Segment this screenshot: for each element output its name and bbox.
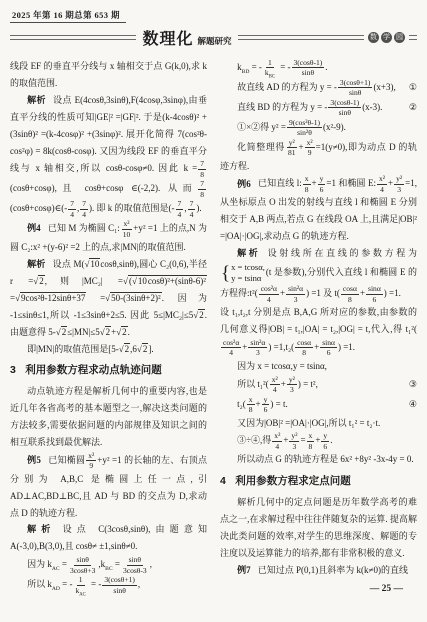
fraction: 3(cosθ+1)sinθ bbox=[338, 78, 373, 98]
sqrt: √9cos²θ-12sinθ+37 bbox=[15, 292, 86, 303]
fraction: 74 bbox=[68, 199, 76, 219]
header-rule-row: 数理化 解题研究 数学园 bbox=[10, 26, 417, 49]
paragraph: 化简整理得y²81+x²9=1(y≠0),即为动点 D 的轨迹方程. bbox=[220, 138, 417, 175]
sqrt: √2 bbox=[33, 275, 44, 286]
sqrt: √(√10cosθ)²+(sinθ-6)² bbox=[123, 275, 207, 286]
header-rule-left bbox=[10, 35, 136, 40]
header-rule-tail bbox=[409, 35, 417, 40]
paragraph: 例6已知直线 l:x8+y6=1 和椭圆 E:x²4+y²3=1,从坐标原点 O… bbox=[220, 174, 417, 245]
fraction: sin²α3 bbox=[286, 284, 305, 304]
fraction: cosα8 bbox=[295, 338, 313, 358]
journal-page: 2025 年第 16 期总第 653 期 数理化 解题研究 数学园 线段 EF … bbox=[0, 0, 427, 622]
fraction: y²3 bbox=[289, 431, 299, 451]
paragraph: 例7已知过点 P(0,1)且斜率为 k(k≠0)的直线 bbox=[220, 562, 417, 579]
fraction: 78 bbox=[198, 179, 206, 199]
header-rule-right bbox=[238, 35, 364, 40]
fraction: 1kBC bbox=[263, 58, 277, 78]
fraction: y6 bbox=[318, 174, 326, 194]
page-number: — 25 — bbox=[220, 581, 417, 599]
paragraph: 例4已知 M 为椭圆 C₁:x²10+y² =1 上的点,N 为圆 C₂:x² … bbox=[10, 219, 207, 256]
journal-subtitle: 解题研究 bbox=[198, 35, 232, 47]
sqrt: √2 bbox=[116, 326, 127, 337]
fraction: sin²α3 bbox=[248, 338, 267, 358]
paragraph: 又因为|OB|² =|OA|·|OG|,所以 t₁² = t₂·t. bbox=[220, 415, 417, 432]
fraction: y²3 bbox=[287, 375, 297, 395]
paragraph: 所以动点 G 的轨迹方程是 6x² +8y² -3x-4y = 0. bbox=[220, 451, 417, 468]
paragraph: 解析设点 E(4cosθ,3sinθ),F(4cosφ,3sinφ),由垂直平分… bbox=[10, 92, 207, 219]
math-line: 所以 kAD = -1kAC = -3(cosθ+1)sinθ, bbox=[10, 575, 207, 595]
fraction: x²10 bbox=[121, 219, 133, 239]
paragraph: 设 t₁,t₂,t 分别是点 B,A,G 所对应的参数,由参数的几何意义得|OB… bbox=[220, 304, 417, 358]
sqrt: √50-(3sinθ+2)² bbox=[105, 292, 162, 303]
math-line: kBD = -1kBC = -3(cosθ-1)sinθ. bbox=[220, 58, 417, 78]
journal-title-block: 数理化 解题研究 bbox=[140, 26, 233, 49]
section-badge: 学 bbox=[381, 32, 392, 43]
equation-number: ② bbox=[409, 99, 417, 116]
fraction: sinθ3cosθ-3 bbox=[121, 555, 149, 575]
section-heading: 3利用参数方程求动点轨迹问题 bbox=[10, 363, 207, 379]
section-badge: 数 bbox=[368, 32, 379, 43]
fraction: 1kAC bbox=[74, 575, 88, 595]
sqrt: √10 bbox=[132, 275, 148, 286]
paragraph-label: 解析 bbox=[27, 95, 46, 105]
equation-number: ④ bbox=[409, 396, 417, 413]
numbered-equation: 直线 BD 的方程为 y = -3(cosθ-1)sinθ(x-3).② bbox=[220, 98, 417, 118]
fraction: sinα6 bbox=[320, 338, 337, 358]
fraction: y6 bbox=[321, 431, 329, 451]
fraction: x²9 bbox=[305, 138, 315, 158]
paragraph: 动点轨迹方程是解析几何中的重要内容,也是近几年各省高考的基本题型之一,解决这类问… bbox=[10, 383, 207, 451]
sqrt: √2 bbox=[137, 343, 148, 354]
left-column: 线段 EF 的垂直平分线与 x 轴相交于点 G(k,0),求 k 的取值范围.解… bbox=[10, 58, 207, 598]
sqrt: √2 bbox=[119, 343, 130, 354]
paragraph: 解析设点 M(√10cosθ,sinθ),圆心 C₂(0,6),半径 r =√2… bbox=[10, 256, 207, 341]
fraction: x²4 bbox=[377, 174, 387, 194]
article-body: 线段 EF 的垂直平分线与 x 轴相交于点 G(k,0),求 k 的取值范围.解… bbox=[10, 58, 417, 598]
paragraph: 解析设射线所在直线的参数方程为{x = tcosα,y = tsinα(t 是参… bbox=[220, 245, 417, 304]
fraction: y6 bbox=[262, 395, 270, 415]
numbered-equation: 故直线 AD 的方程为 y = -3(cosθ+1)sinθ(x+3),① bbox=[220, 78, 417, 98]
paragraph: 线段 EF 的垂直平分线与 x 轴相交于点 G(k,0),求 k 的取值范围. bbox=[10, 58, 207, 92]
fraction: x8 bbox=[307, 431, 315, 451]
issue-info: 2025 年第 16 期总第 653 期 bbox=[10, 10, 126, 23]
paragraph: 例5已知椭圆x²9+y² =1 的长轴的左、右顶点分别为 A,B,C 是椭圆上任… bbox=[10, 451, 207, 522]
fraction: x8 bbox=[303, 174, 311, 194]
paragraph: ①×②得 y² =9(cos²θ-1)sin²θ(x²-9). bbox=[220, 118, 417, 138]
equation-number: ③ bbox=[409, 376, 417, 393]
math-line: 因为 kAC =sinθ3cosθ+3,kBC =sinθ3cosθ-3, bbox=[10, 555, 207, 575]
cases-brace: {x = tcosα,y = tsinα bbox=[221, 262, 265, 284]
fraction: cos²α4 bbox=[221, 338, 241, 358]
fraction: 3(cosθ-1)sinθ bbox=[292, 58, 325, 78]
fraction: y²3 bbox=[394, 174, 404, 194]
paragraph-label: 解析 bbox=[237, 248, 260, 258]
paragraph: 解析几何中的定点问题是历年数学高考的难点之一,在求解过程中往往伴随复杂的运算. … bbox=[220, 494, 417, 562]
fraction: 74 bbox=[176, 199, 184, 219]
fraction: 74 bbox=[80, 199, 88, 219]
fraction: sinθ3cosθ+3 bbox=[68, 555, 97, 575]
sqrt: √2 bbox=[100, 326, 111, 337]
fraction: 74 bbox=[188, 199, 196, 219]
fraction: 3(cosθ-1)sinθ bbox=[328, 98, 361, 118]
equation-number: ① bbox=[409, 79, 417, 96]
fraction: 3(cosθ+1)sinθ bbox=[102, 575, 137, 595]
section-heading: 4利用参数方程求定点问题 bbox=[220, 474, 417, 490]
fraction: cos²α4 bbox=[259, 284, 279, 304]
paragraph-label: 解析 bbox=[27, 259, 45, 269]
paragraph-label: 例4 bbox=[27, 223, 41, 233]
fraction: x²4 bbox=[270, 375, 280, 395]
page-header: 2025 年第 16 期总第 653 期 数理化 解题研究 数学园 bbox=[10, 5, 417, 49]
paragraph: 即|MN|的取值范围是[5-√2,6√2]. bbox=[10, 341, 207, 358]
paragraph-label: 例5 bbox=[27, 455, 41, 465]
paragraph-label: 例7 bbox=[237, 565, 251, 575]
section-badges: 数学园 bbox=[368, 32, 405, 43]
paragraph-label: 解析 bbox=[27, 524, 55, 534]
fraction: 9(cos²θ-1)sin²θ bbox=[287, 118, 322, 138]
fraction: y²81 bbox=[286, 138, 298, 158]
journal-title: 数理化 bbox=[142, 26, 193, 49]
fraction: 78 bbox=[198, 159, 206, 179]
numbered-equation: 所以 t₁²(x²4+y²3) = t²,③ bbox=[220, 375, 417, 395]
sqrt: √2 bbox=[56, 326, 67, 337]
section-badge: 园 bbox=[394, 32, 405, 43]
fraction: x8 bbox=[247, 395, 255, 415]
fraction: x²4 bbox=[272, 431, 282, 451]
paragraph: ③÷④,得x²4+y²3=x8+y6. bbox=[220, 431, 417, 451]
paragraph: 解析设点 C(3cosθ,sinθ),由题意知 A(-3,0),B(3,0),且… bbox=[10, 521, 207, 555]
fraction: x²9 bbox=[86, 451, 96, 471]
paragraph-label: 例6 bbox=[237, 179, 251, 189]
numbered-equation: t₂(x8+y6) = t.④ bbox=[220, 395, 417, 415]
fraction: sinα6 bbox=[366, 284, 383, 304]
sqrt: √2 bbox=[193, 309, 204, 320]
fraction: cosα8 bbox=[341, 284, 359, 304]
sqrt: √10 bbox=[84, 258, 100, 269]
right-column: kBD = -1kBC = -3(cosθ-1)sinθ.故直线 AD 的方程为… bbox=[220, 58, 417, 598]
paragraph: 因为 x = tcosα,y = tsinα, bbox=[220, 358, 417, 375]
